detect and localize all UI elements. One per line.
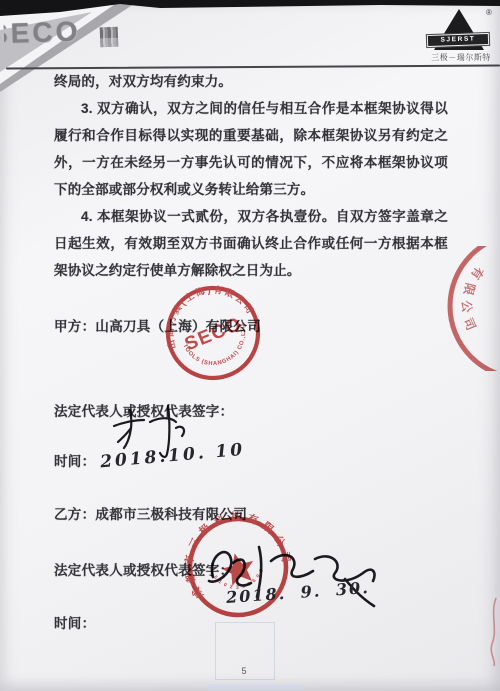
sjerst-caption: 三极－瑞尔斯特 [416, 52, 500, 63]
clause-3: 3. 双方确认，双方之间的信任与相互合作是本框架协议得以履行和合作目标得以实现的… [54, 95, 448, 203]
edge-red-mark [488, 596, 500, 668]
registered-trademark-icon: ® [486, 8, 492, 17]
footer-scan-strip [207, 684, 301, 690]
contract-body: 终局的，对双方均有约束力。 3. 双方确认，双方之间的信任与相互合作是本框架协议… [54, 68, 448, 284]
party-a-company-stamp: 山高刀具(上海)有限公司 SECO TOOLS (SHANGHAI) CO.,L… [158, 278, 268, 388]
svg-text:有限公司: 有限公司 [459, 264, 487, 339]
clause-4: 4. 本框架协议一式贰份，双方各执壹份。自双方签字盖章之日起生效，有效期至双方书… [54, 203, 448, 284]
party-b-date-label: 时间： [54, 612, 95, 632]
page-edge-partial-stamp: 有限公司 [430, 246, 500, 371]
closing-line: 终局的，对双方均有约束力。 [54, 68, 448, 95]
seco-logo-mark-icon [100, 27, 119, 48]
scanned-contract-page: SECO SJERST ® 三极－瑞尔斯特 终局的，对双方均有约束力。 3. 双… [0, 0, 500, 691]
stamp-a-center: SECO [182, 313, 245, 355]
seco-logo-text: SECO [3, 15, 80, 50]
page-number: 5 [215, 666, 273, 676]
sjerst-logo: SJERST ® 三极－瑞尔斯特 [424, 6, 498, 62]
party-a-date-label: 时间： [54, 450, 95, 470]
side-stamp-arc-text: 有限公司 [459, 264, 487, 339]
sjerst-banner: SJERST [427, 33, 489, 47]
